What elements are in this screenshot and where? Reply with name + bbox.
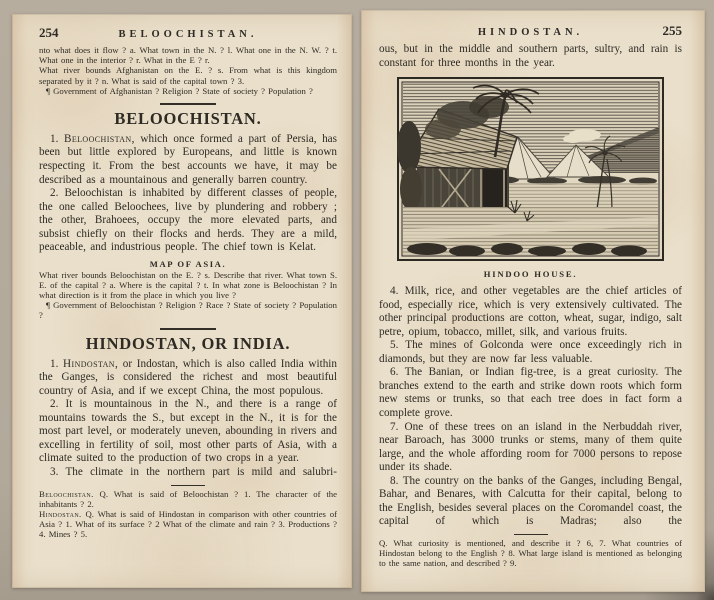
continuation-paragraph: ous, but in the middle and southern part…	[379, 43, 682, 70]
engraving-caption: HINDOO HOUSE.	[379, 269, 682, 279]
section-divider-rule	[160, 328, 216, 330]
page-255: HINDOSTAN. 255 ous, but in the middle an…	[361, 10, 705, 592]
review-question: nto what does it flow ? a. What town in …	[39, 45, 337, 65]
footnote-lead: Hindostan.	[39, 509, 82, 519]
section-title-beloochistan: BELOOCHISTAN.	[39, 109, 337, 129]
paragraph-number: 1.	[50, 133, 58, 145]
paragraph-lead: Beloochistan,	[64, 133, 135, 145]
footnote-hindostan: Hindostan. Q. What is said of Hindostan …	[39, 509, 337, 540]
running-head-row: HINDOSTAN. 255	[379, 23, 682, 39]
paragraph-text: It is mountainous in the N., and there i…	[39, 398, 337, 464]
review-question: ¶ Government of Afghanistan ? Religion ?…	[39, 86, 337, 96]
page-number: 255	[646, 23, 682, 39]
paragraph-5: 5. The mines of Golconda were once excee…	[379, 339, 682, 366]
paragraph-lead: Hindostan,	[63, 358, 118, 370]
paragraph-number: 1.	[50, 358, 58, 370]
map-question: ¶ Government of Beloochistan ? Religion …	[39, 300, 337, 320]
section-divider-rule	[160, 103, 216, 105]
paragraph-text: The country on the banks of the Ganges, …	[379, 475, 682, 528]
running-head-row: 254 BELOOCHISTAN.	[39, 25, 337, 41]
paragraph-6: 6. The Banian, or Indian fig-tree, is a …	[379, 366, 682, 420]
page-254: 254 BELOOCHISTAN. nto what does it flow …	[12, 14, 352, 588]
paragraph-text: The Banian, or Indian fig-tree, is a gre…	[379, 366, 682, 419]
section-title-hindostan: HINDOSTAN, OR INDIA.	[39, 334, 337, 354]
running-head-title: HINDOSTAN.	[415, 27, 646, 38]
footnote-rule	[171, 485, 205, 486]
paragraph-2: 2. It is mountainous in the N., and ther…	[39, 398, 337, 466]
paragraph-1: 1. Beloochistan, which once formed a par…	[39, 133, 337, 187]
book-scan: 254 BELOOCHISTAN. nto what does it flow …	[0, 0, 714, 600]
paragraph-2: 2. Beloochistan is inhabited by differen…	[39, 187, 337, 255]
paragraph-1: 1. Hindostan, or Indostan, which is also…	[39, 358, 337, 399]
paragraph-text: One of these trees on an island in the N…	[379, 421, 682, 474]
engraving-container	[397, 77, 664, 266]
footnote-beloochistan: Beloochistan. Q. What is said of Belooch…	[39, 489, 337, 509]
paragraph-7: 7. One of these trees on an island in th…	[379, 421, 682, 475]
footnote-lead: Beloochistan.	[39, 489, 94, 499]
page-number: 254	[39, 25, 75, 41]
hindoo-house-engraving	[397, 77, 664, 261]
review-question: What river bounds Afghanistan on the E. …	[39, 65, 337, 85]
footnote-text: Q. What is said of Hindostan in comparis…	[39, 509, 337, 539]
running-head-title: BELOOCHISTAN.	[75, 29, 301, 40]
footnote-rule	[514, 534, 548, 535]
paragraph-text: Milk, rice, and other vegetables are the…	[379, 285, 682, 338]
footnote-questions: Q. What curiosity is mentioned, and desc…	[379, 538, 682, 569]
map-question: What river bounds Beloochistan on the E.…	[39, 270, 337, 301]
map-of-asia-heading: MAP OF ASIA.	[39, 259, 337, 269]
paragraph-text: Beloochistan is inhabited by different c…	[39, 187, 337, 253]
paragraph-text: The mines of Golconda were once exceedin…	[379, 339, 682, 365]
paragraph-4: 4. Milk, rice, and other vegetables are …	[379, 285, 682, 339]
paragraph-3-cut: 3. The climate in the northern part is m…	[39, 466, 337, 480]
paragraph-text: The climate in the northern part is mild…	[58, 466, 337, 478]
paragraph-8-cut: 8. The country on the banks of the Gange…	[379, 475, 682, 529]
